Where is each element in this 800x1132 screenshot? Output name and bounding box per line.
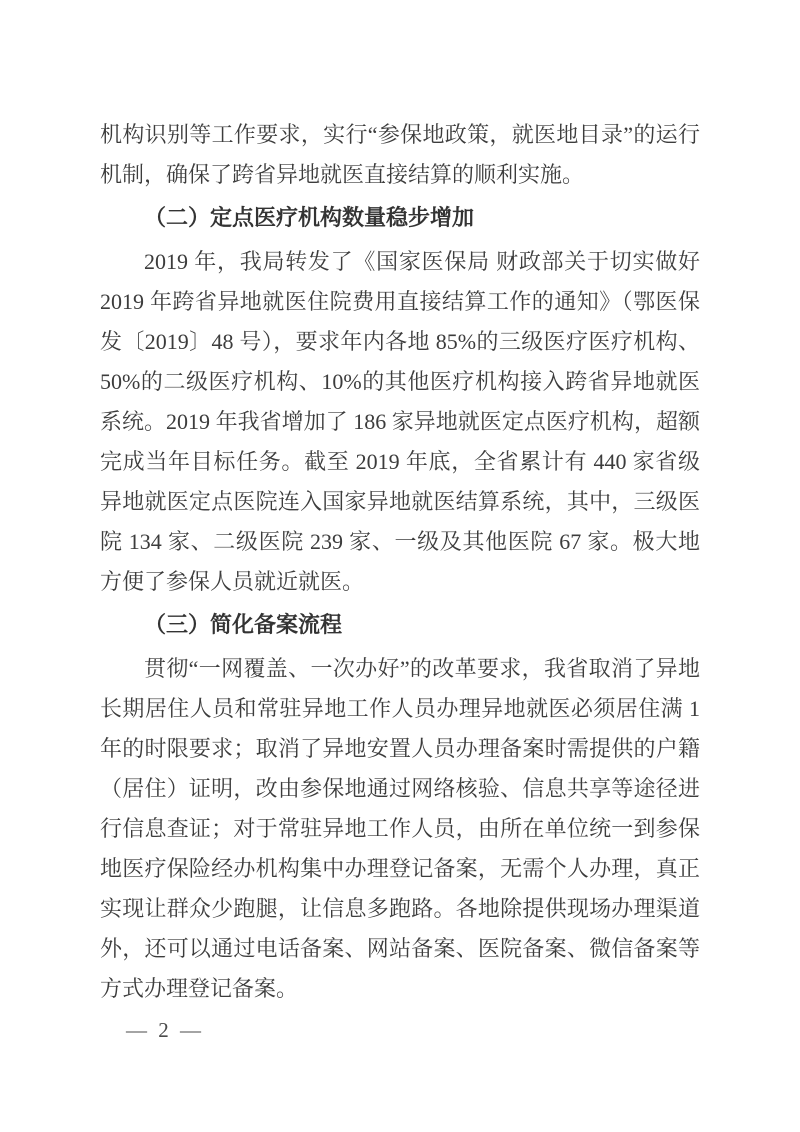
document-page: { "page": { "number_label": "— 2 —", "ba… xyxy=(0,0,800,1132)
page-number: — 2 — xyxy=(126,1014,204,1046)
paragraph-continuation: 机构识别等工作要求，实行“参保地政策，就医地目录”的运行机制，确保了跨省异地就医… xyxy=(100,115,700,195)
paragraph-section-2: 2019 年，我局转发了《国家医保局 财政部关于切实做好 2019 年跨省异地就… xyxy=(100,242,700,602)
section-heading-2: （二）定点医疗机构数量稳步增加 xyxy=(100,198,700,238)
document-body: 机构识别等工作要求，实行“参保地政策，就医地目录”的运行机制，确保了跨省异地就医… xyxy=(100,115,700,1009)
section-heading-3: （三）简化备案流程 xyxy=(100,605,700,645)
paragraph-section-3: 贯彻“一网覆盖、一次办好”的改革要求，我省取消了异地长期居住人员和常驻异地工作人… xyxy=(100,649,700,1009)
